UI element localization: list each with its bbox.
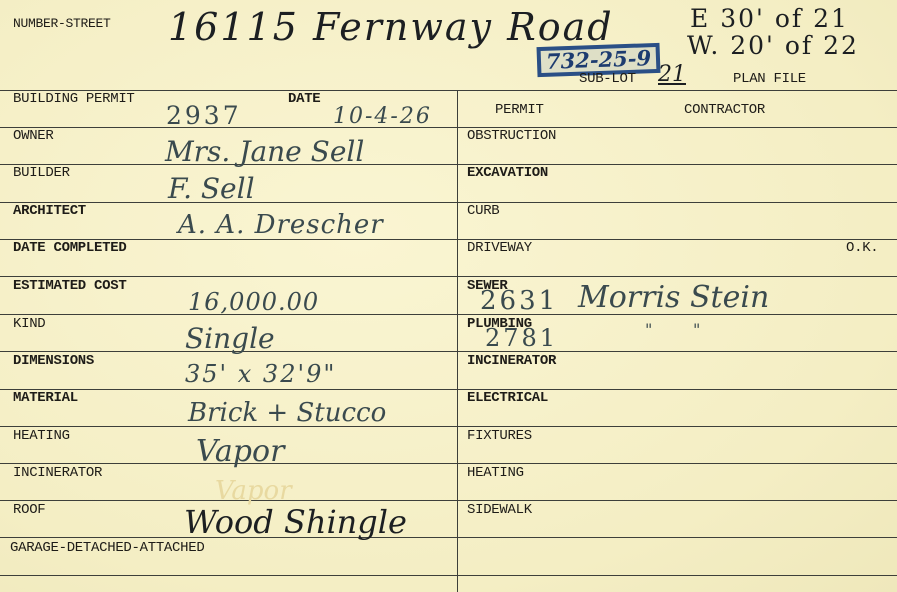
plumbing-contractor-ditto: " " — [645, 322, 700, 338]
dimensions-label: DIMENSIONS — [13, 353, 94, 369]
roof-value: Wood Shingle — [184, 506, 407, 538]
material-value: Brick + Stucco — [188, 400, 386, 426]
rule-line — [0, 127, 897, 128]
rule-line — [0, 463, 897, 464]
garage-label: GARAGE-DETACHED-ATTACHED — [10, 540, 204, 556]
owner-label: OWNER — [13, 128, 54, 144]
builder-value: F. Sell — [168, 175, 255, 203]
estimated-cost-label: ESTIMATED COST — [13, 278, 126, 294]
electrical-label: ELECTRICAL — [467, 390, 548, 406]
sub-lot-label: SUB-LOT — [579, 71, 636, 87]
architect-value: A. A. Drescher — [178, 212, 384, 238]
sub-lot-value: 21 — [658, 64, 686, 86]
driveway-note: O.K. — [846, 240, 878, 256]
building-permit-value: 2937 — [166, 103, 242, 128]
rule-line — [0, 276, 897, 277]
number-street-label: NUMBER-STREET — [13, 16, 111, 32]
date-value: 10-4-26 — [333, 106, 432, 128]
obstruction-label: OBSTRUCTION — [467, 128, 556, 144]
heating-permit-label: HEATING — [467, 465, 524, 481]
sewer-contractor: Morris Stein — [578, 283, 769, 313]
column-divider — [457, 90, 458, 592]
sewer-permit: 2631 — [480, 288, 558, 314]
rule-line — [0, 389, 897, 390]
driveway-label: DRIVEWAY — [467, 240, 532, 256]
incinerator-label: INCINERATOR — [13, 465, 102, 481]
rule-line — [0, 537, 897, 538]
lot-note-line1: E 30' of 21 — [690, 6, 849, 31]
architect-label: ARCHITECT — [13, 203, 86, 219]
curb-label: CURB — [467, 203, 499, 219]
estimated-cost-value: 16,000.00 — [188, 290, 319, 314]
rule-line — [0, 426, 897, 427]
roof-label: ROOF — [13, 502, 45, 518]
kind-value: Single — [185, 325, 275, 353]
rule-line — [0, 575, 897, 576]
rule-line — [0, 351, 897, 352]
sidewalk-label: SIDEWALK — [467, 502, 532, 518]
date-label: DATE — [288, 91, 320, 107]
plan-file-label: PLAN FILE — [733, 71, 806, 87]
contractor-header: CONTRACTOR — [684, 102, 765, 118]
builder-label: BUILDER — [13, 165, 70, 181]
owner-value: Mrs. Jane Sell — [165, 138, 364, 166]
rule-line — [0, 500, 897, 501]
heating-label: HEATING — [13, 428, 70, 444]
dimensions-value: 35' x 32'9" — [185, 362, 336, 386]
rule-line — [0, 90, 897, 91]
building-permit-label: BUILDING PERMIT — [13, 91, 135, 107]
permit-header: PERMIT — [495, 102, 544, 118]
date-completed-label: DATE COMPLETED — [13, 240, 126, 256]
heating-value: Vapor — [196, 437, 284, 467]
lot-note-line2: W. 20' of 22 — [687, 33, 859, 58]
address-handwritten: 16115 Fernway Road — [168, 8, 614, 46]
incinerator-permit-label: INCINERATOR — [467, 353, 556, 369]
rule-line — [0, 239, 897, 240]
excavation-label: EXCAVATION — [467, 165, 548, 181]
property-record-card: NUMBER-STREET 16115 Fernway Road E 30' o… — [0, 0, 897, 592]
fixtures-label: FIXTURES — [467, 428, 532, 444]
rule-line — [0, 202, 897, 203]
rule-line — [0, 164, 897, 165]
kind-label: KIND — [13, 316, 45, 332]
material-label: MATERIAL — [13, 390, 78, 406]
incinerator-value: Vapor — [215, 478, 292, 504]
plumbing-permit: 2781 — [485, 326, 558, 350]
